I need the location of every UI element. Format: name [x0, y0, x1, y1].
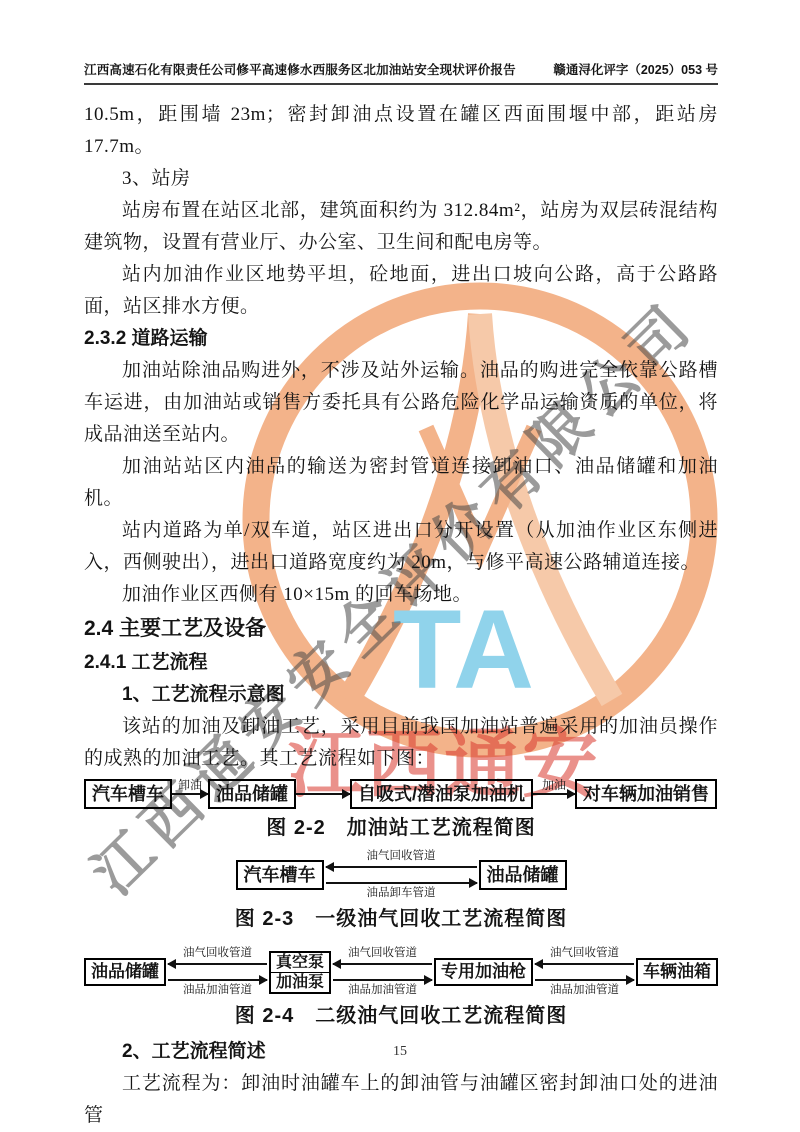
flow-node-dispenser: 自吸式/潜油泵加油机 [350, 779, 533, 809]
pump-label-vacuum: 真空泵 [271, 953, 329, 972]
flow-node-oil-tank: 油品储罐 [84, 958, 166, 986]
paragraph-station-road: 站内道路为单/双车道，站区进出口分开设置（从加油作业区东侧进入，西侧驶出），进出… [84, 515, 718, 579]
paragraph-flow-description: 工艺流程为：卸油时油罐车上的卸油管与油罐区密封卸油口处的进油管 [84, 1068, 718, 1132]
paragraph-site-terrain: 站内加油作业区地势平坦，砼地面，进出口坡向公路，高于公路路面，站区排水方便。 [84, 259, 718, 323]
pipe-label-unloading: 油品卸车管道 [324, 887, 479, 900]
figure-2-4-caption: 图 2-4 二级油气回收工艺流程简图 [84, 1004, 718, 1028]
flow-arrow-unload: 卸油 [172, 793, 208, 795]
pipe-label-vapor-recovery: 油气回收管道 [533, 947, 636, 960]
right-arrow-icon [533, 793, 575, 795]
pipe-label-refueling: 油品加油管道 [331, 984, 434, 997]
right-arrow-icon [168, 979, 267, 981]
pipe-label-vapor-recovery: 油气回收管道 [324, 850, 479, 863]
page-header: 江西高速石化有限责任公司修平高速修水西服务区北加油站安全现状评价报告 赣通浔化评… [84, 62, 718, 85]
page-content: 江西高速石化有限责任公司修平高速修水西服务区北加油站安全现状评价报告 赣通浔化评… [0, 0, 800, 1132]
figure-2-2-flow-row: 汽车槽车 卸油 油品储罐 自吸式/潜油泵加油机 加油 对车辆加油销售 [84, 779, 718, 809]
flow-node-nozzle: 专用加油枪 [434, 958, 533, 986]
figure-2-3-flow-row: 汽车槽车 油气回收管道 油品卸车管道 油品储罐 [84, 850, 718, 900]
flow-node-oil-tank: 油品储罐 [479, 860, 567, 890]
header-document-number: 赣通浔化评字（2025）053 号 [553, 62, 718, 78]
pipe-label-vapor-recovery: 油气回收管道 [166, 947, 269, 960]
flow-node-tank-truck: 汽车槽车 [236, 860, 324, 890]
pipe-label-vapor-recovery: 油气回收管道 [331, 947, 434, 960]
list-item-3-station-house: 3、站房 [84, 163, 718, 195]
section-heading-2-4: 2.4 主要工艺及设备 [84, 611, 718, 647]
left-arrow-icon [333, 963, 432, 965]
pipe-label-refueling: 油品加油管道 [166, 984, 269, 997]
paragraph-road-transport: 加油站除油品购进外，不涉及站外运输。油品的购进完全依靠公路槽车运进，由加油站或销… [84, 355, 718, 451]
duplex-connector: 油气回收管道 油品加油管道 [331, 947, 434, 997]
body-text: 10.5m，距围墙 23m；密封卸油点设置在罐区西面围堰中部，距站房 17.7m… [84, 99, 718, 775]
figure-2-4-flow-row: 油品储罐 油气回收管道 油品加油管道 真空泵 加油泵 油气回收管道 [84, 947, 718, 997]
report-page: TA 江西通安安全评价有限公司 江西通安 江西高速石化有限责任公司修平高速修水西… [0, 0, 800, 1132]
section-heading-2-3-2: 2.3.2 道路运输 [84, 323, 718, 355]
figure-2-4: 油品储罐 油气回收管道 油品加油管道 真空泵 加油泵 油气回收管道 [84, 947, 718, 1028]
paragraph-turnaround-area: 加油作业区西侧有 10×15m 的回车场地。 [84, 579, 718, 611]
right-arrow-icon [326, 882, 477, 884]
flow-node-vacuum-pump: 真空泵 加油泵 [269, 951, 331, 994]
paragraph-process-intro: 该站的加油及卸油工艺，采用目前我国加油站普遍采用的加油员操作的成熟的加油工艺。其… [84, 711, 718, 775]
duplex-connector: 油气回收管道 油品卸车管道 [324, 850, 479, 900]
pipe-label-refueling: 油品加油管道 [533, 984, 636, 997]
paragraph-continued: 10.5m，距围墙 23m；密封卸油点设置在罐区西面围堰中部，距站房 17.7m… [84, 99, 718, 163]
figure-2-3: 汽车槽车 油气回收管道 油品卸车管道 油品储罐 图 2-3 一级油气回收工艺流程… [84, 850, 718, 931]
flow-node-vehicle-tank: 车辆油箱 [636, 958, 718, 986]
flow-node-tank-truck: 汽车槽车 [84, 779, 172, 809]
duplex-connector: 油气回收管道 油品加油管道 [533, 947, 636, 997]
flow-node-oil-tank: 油品储罐 [208, 779, 296, 809]
duplex-connector: 油气回收管道 油品加油管道 [166, 947, 269, 997]
subheading-flow-diagram: 1、工艺流程示意图 [84, 679, 718, 711]
arrow-label-unload: 卸油 [178, 779, 202, 792]
header-report-title: 江西高速石化有限责任公司修平高速修水西服务区北加油站安全现状评价报告 [84, 62, 516, 78]
figure-2-2-caption: 图 2-2 加油站工艺流程简图 [84, 816, 718, 840]
section-heading-2-4-1: 2.4.1 工艺流程 [84, 647, 718, 679]
right-arrow-icon [333, 979, 432, 981]
flow-arrow-plain [296, 793, 350, 795]
left-arrow-icon [168, 963, 267, 965]
page-number: 15 [0, 1044, 800, 1060]
right-arrow-icon [535, 979, 634, 981]
right-arrow-icon [296, 793, 350, 795]
flow-node-vehicle-sale: 对车辆加油销售 [575, 779, 717, 809]
pump-label-fuel: 加油泵 [271, 972, 329, 992]
figure-2-3-caption: 图 2-3 一级油气回收工艺流程简图 [84, 907, 718, 931]
left-arrow-icon [535, 963, 634, 965]
paragraph-pipeline: 加油站站区内油品的输送为密封管道连接卸油口、油品储罐和加油机。 [84, 451, 718, 515]
right-arrow-icon [172, 793, 208, 795]
figure-2-2: 汽车槽车 卸油 油品储罐 自吸式/潜油泵加油机 加油 对车辆加油销售 图 2-2… [84, 779, 718, 840]
arrow-label-refuel: 加油 [542, 779, 566, 792]
flow-arrow-refuel: 加油 [533, 793, 575, 795]
paragraph-station-house: 站房布置在站区北部，建筑面积约为 312.84m²，站房为双层砖混结构建筑物，设… [84, 195, 718, 259]
left-arrow-icon [326, 866, 477, 868]
